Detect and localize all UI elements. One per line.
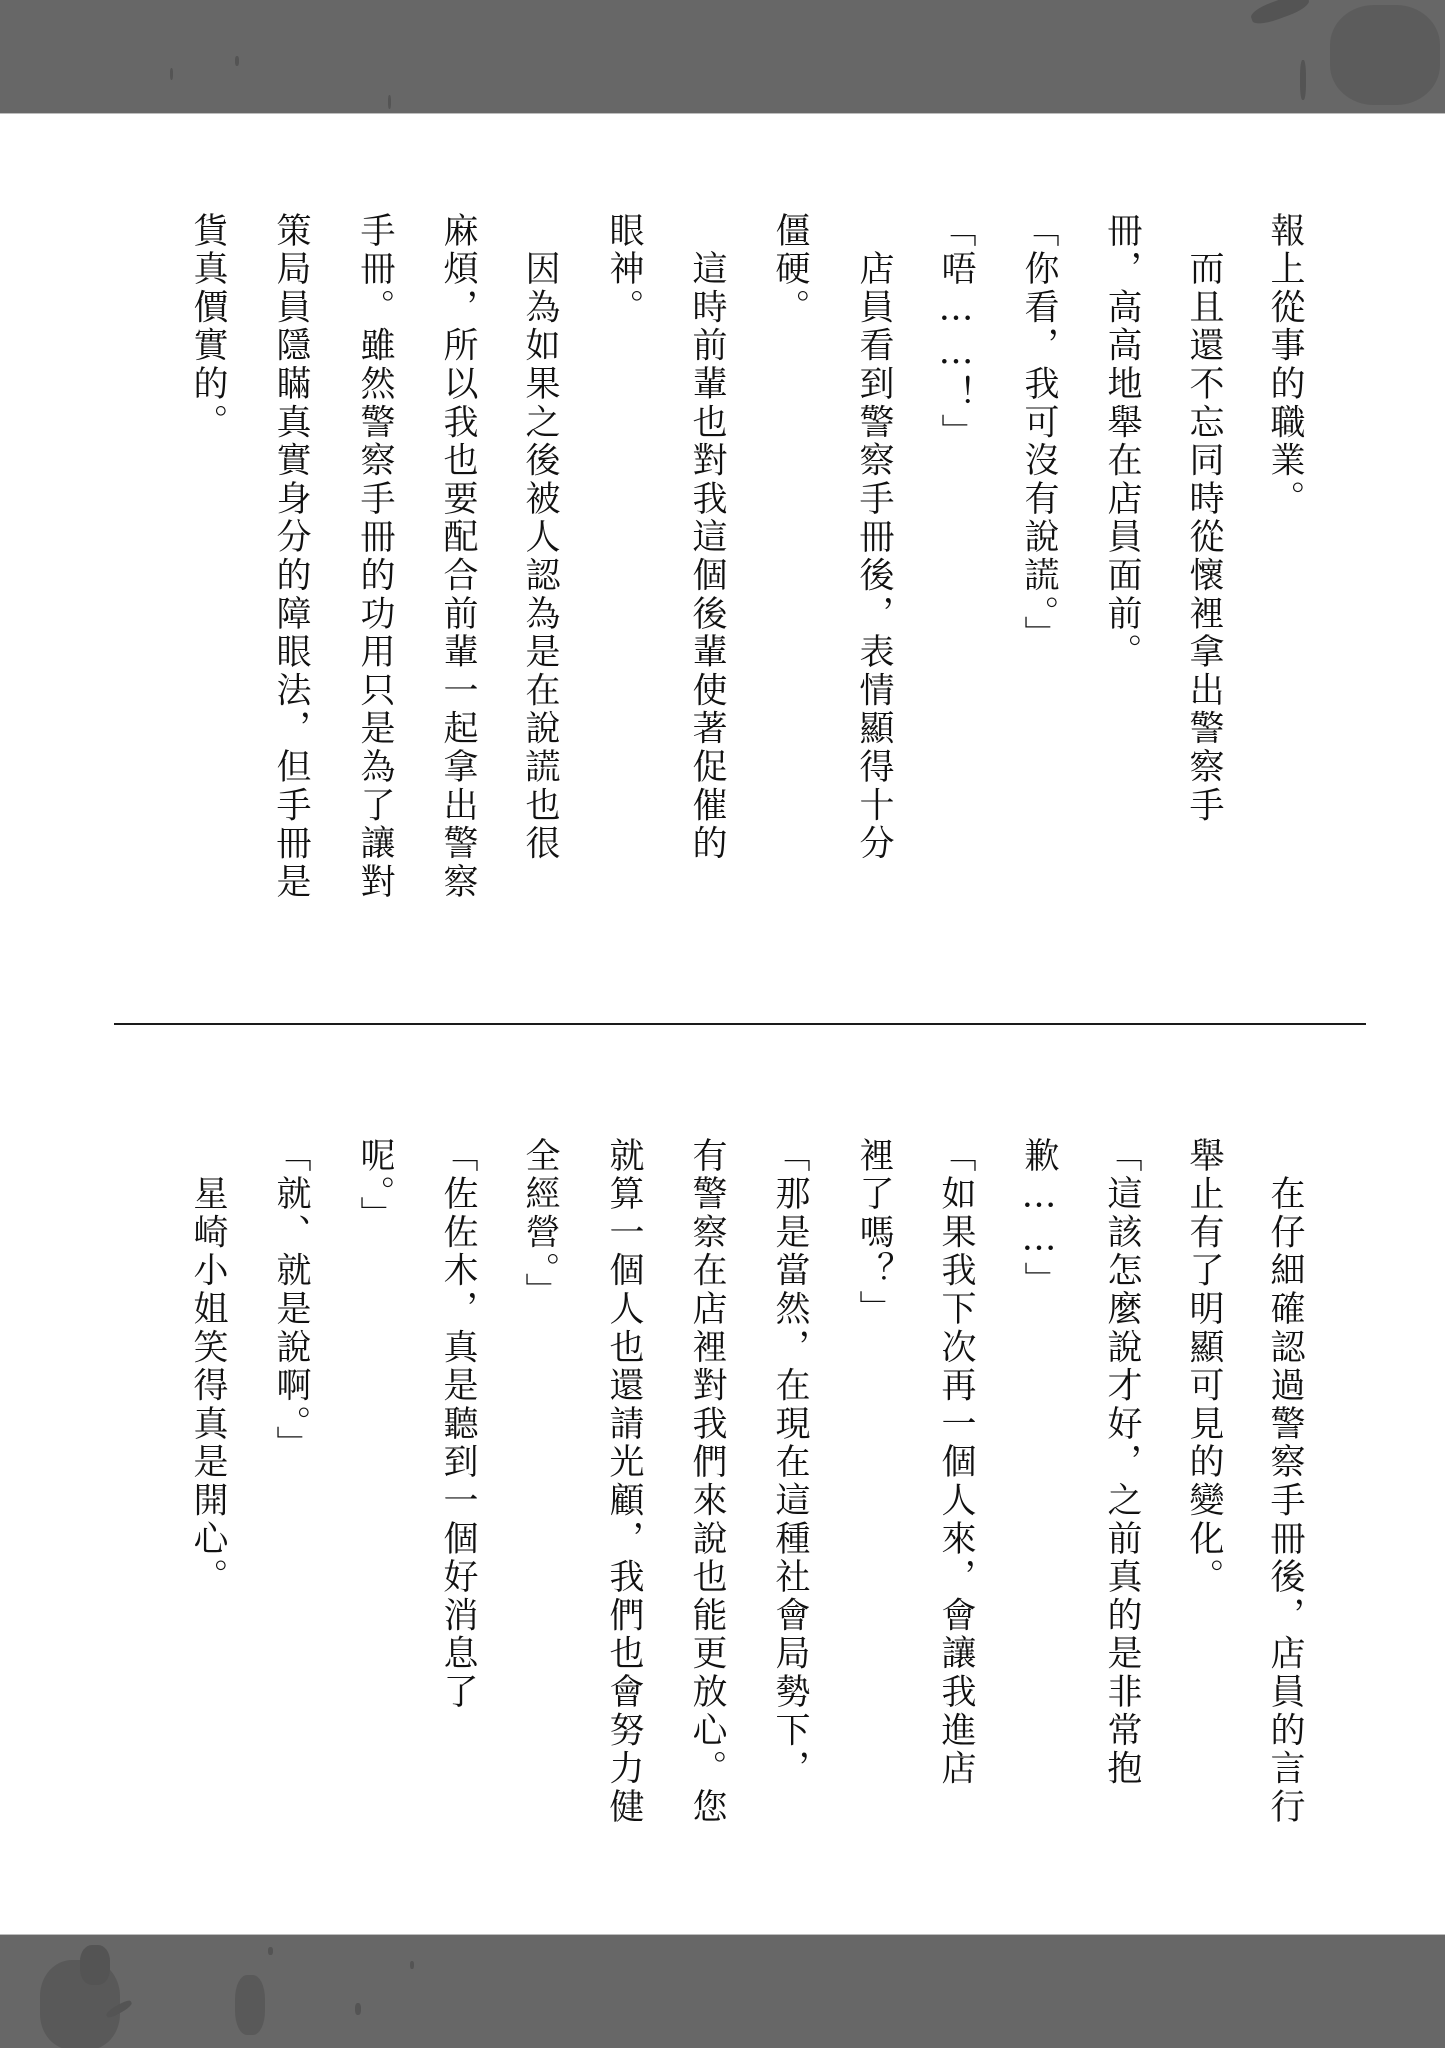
text-column: 裡了嗎？」: [856, 1137, 892, 1329]
texture-speck: [80, 1945, 110, 1985]
text-column: 全經營。」: [522, 1137, 558, 1311]
text-column: 歉……」: [1021, 1137, 1057, 1300]
text-column: 星崎小姐笑得真是開心。: [190, 1137, 226, 1597]
text-column: 報上從事的職業。: [1267, 212, 1303, 518]
texture-speck: [235, 1975, 265, 2035]
text-column: 這時前輩也對我這個後輩使著促催的: [689, 212, 725, 863]
text-column: 「就、就是說啊。」: [273, 1137, 309, 1464]
text-column: 「佐佐木，真是聽到一個好消息了: [440, 1137, 476, 1712]
section-divider: [114, 1023, 1366, 1025]
text-column: 冊，高高地舉在店員面前。: [1104, 212, 1140, 672]
text-column: 貨真價實的。: [190, 212, 226, 442]
text-column: 舉止有了明顯可見的變化。: [1186, 1137, 1222, 1597]
text-column: 店員看到警察手冊後，表情顯得十分: [856, 212, 892, 863]
texture-speck: [170, 68, 173, 80]
texture-speck: [410, 1961, 414, 1969]
text-column: 在仔細確認過警察手冊後，店員的言行: [1267, 1137, 1303, 1826]
texture-speck: [1300, 60, 1306, 100]
text-column: 手冊。雖然警察手冊的功用只是為了讓對: [357, 212, 393, 901]
text-column: 眼神。: [606, 212, 642, 327]
texture-speck: [1330, 5, 1440, 105]
texture-speck: [268, 1947, 273, 1955]
texture-speck: [388, 95, 391, 109]
texture-speck: [235, 56, 239, 66]
texture-speck: [1249, 0, 1312, 28]
text-column: 僵硬。: [772, 212, 808, 327]
text-column: 「這該怎麼說才好，之前真的是非常抱: [1104, 1137, 1140, 1788]
text-column: 「唔……！」: [938, 212, 974, 452]
text-column: 「如果我下次再一個人來，會讓我進店: [938, 1137, 974, 1788]
text-column: 呢。」: [357, 1137, 393, 1234]
text-column: 策局員隱瞞真實身分的障眼法，但手冊是: [273, 212, 309, 901]
top-texture-band: [0, 0, 1445, 114]
text-column: 「那是當然，在現在這種社會局勢下，: [772, 1137, 808, 1788]
text-column: 「你看，我可沒有說謊。」: [1021, 212, 1057, 654]
bottom-texture-band: [0, 1934, 1445, 2048]
text-column: 而且還不忘同時從懷裡拿出警察手: [1186, 212, 1222, 825]
text-column: 就算一個人也還請光顧，我們也會努力健: [606, 1137, 642, 1826]
text-column: 麻煩，所以我也要配合前輩一起拿出警察: [440, 212, 476, 901]
text-column: 有警察在店裡對我們來說也能更放心。您: [689, 1137, 725, 1826]
text-column: 因為如果之後被人認為是在說謊也很: [522, 212, 558, 863]
texture-speck: [355, 2003, 361, 2015]
